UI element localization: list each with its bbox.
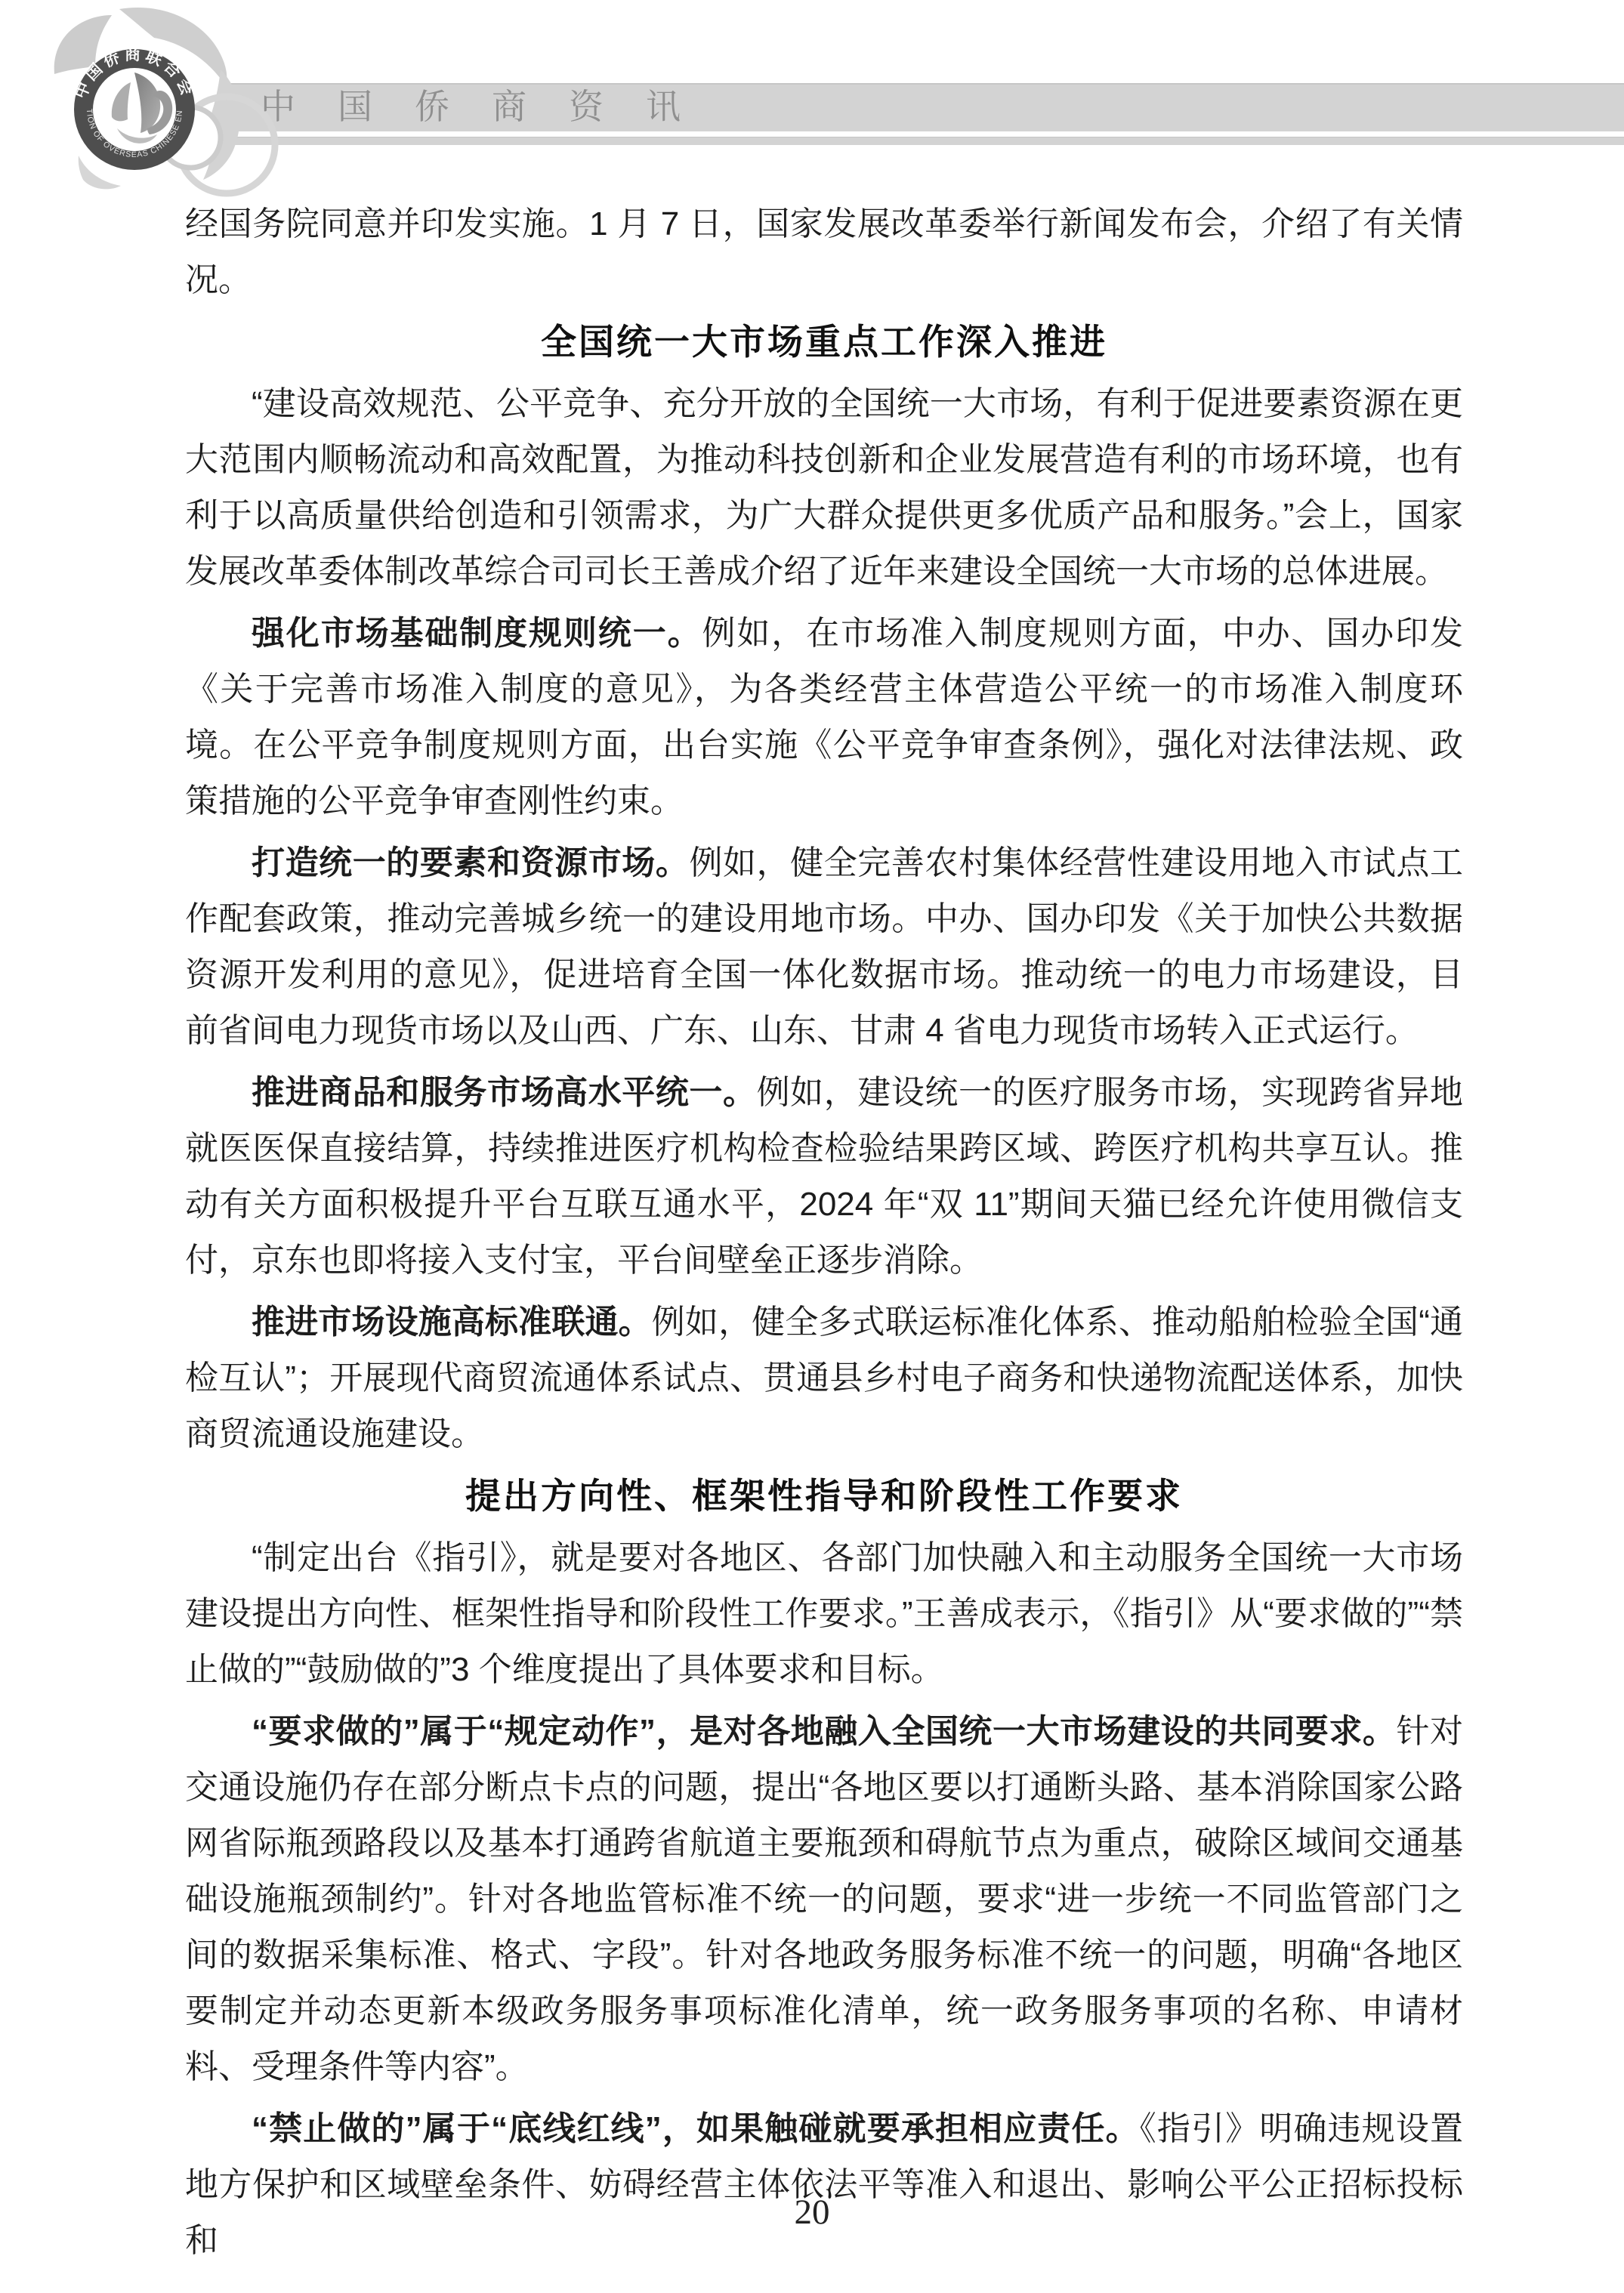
paragraph: 打造统一的要素和资源市场。例如，健全完善农村集体经营性建设用地入市试点工作配套政… <box>185 835 1463 1059</box>
document-page: 中国侨商资讯 <box>0 0 1624 2293</box>
journal-title: 中国侨商资讯 <box>261 83 723 130</box>
page-number: 20 <box>0 2192 1624 2233</box>
paragraph-lead: 推进市场设施高标准联通。 <box>252 1304 652 1341</box>
paragraph: “制定出台《指引》，就是要对各地区、各部门加快融入和主动服务全国统一大市场建设提… <box>185 1530 1463 1698</box>
paragraph-lead: “禁止做的”属于“底线红线”，如果触碰就要承担相应责任。 <box>252 2110 1140 2147</box>
header-band-strip <box>227 137 1624 145</box>
paragraph: 推进市场设施高标准联通。例如，健全多式联运标准化体系、推动船舶检验全国“通检互认… <box>185 1295 1463 1462</box>
paragraph-lead: “要求做的”属于“规定动作”，是对各地融入全国统一大市场建设的共同要求。 <box>252 1713 1396 1750</box>
paragraph-lead: 推进商品和服务市场高水平统一。 <box>252 1074 757 1111</box>
section-heading-market-progress: 全国统一大市场重点工作深入推进 <box>185 314 1463 370</box>
paragraph: “要求做的”属于“规定动作”，是对各地融入全国统一大市场建设的共同要求。针对交通… <box>185 1704 1463 2095</box>
paragraph-lead: 强化市场基础制度规则统一。 <box>252 615 702 652</box>
paragraph: 推进商品和服务市场高水平统一。例如，建设统一的医疗服务市场，实现跨省异地就医医保… <box>185 1065 1463 1288</box>
paragraph: 经国务院同意并印发实施。1 月 7 日，国家发展改革委举行新闻发布会，介绍了有关… <box>185 196 1463 308</box>
article-content: 经国务院同意并印发实施。1 月 7 日，国家发展改革委举行新闻发布会，介绍了有关… <box>185 196 1463 2269</box>
paragraph-text: “制定出台《指引》，就是要对各地区、各部门加快融入和主动服务全国统一大市场建设提… <box>185 1539 1463 1688</box>
paragraph-text: 针对交通设施仍存在部分断点卡点的问题，提出“各地区要以打通断头路、基本消除国家公… <box>185 1713 1463 2085</box>
paragraph-text: 经国务院同意并印发实施。1 月 7 日，国家发展改革委举行新闻发布会，介绍了有关… <box>185 205 1463 298</box>
paragraph-text: “建设高效规范、公平竞争、充分开放的全国统一大市场，有利于促进要素资源在更大范围… <box>185 385 1463 590</box>
paragraph: “建设高效规范、公平竞争、充分开放的全国统一大市场，有利于促进要素资源在更大范围… <box>185 376 1463 600</box>
paragraph: “禁止做的”属于“底线红线”，如果触碰就要承担相应责任。《指引》明确违规设置地方… <box>185 2101 1463 2269</box>
paragraph-lead: 打造统一的要素和资源市场。 <box>252 844 689 881</box>
section-heading-work-requirements: 提出方向性、框架性指导和阶段性工作要求 <box>185 1468 1463 1524</box>
paragraph: 强化市场基础制度规则统一。例如，在市场准入制度规则方面，中办、国办印发《关于完善… <box>185 606 1463 829</box>
